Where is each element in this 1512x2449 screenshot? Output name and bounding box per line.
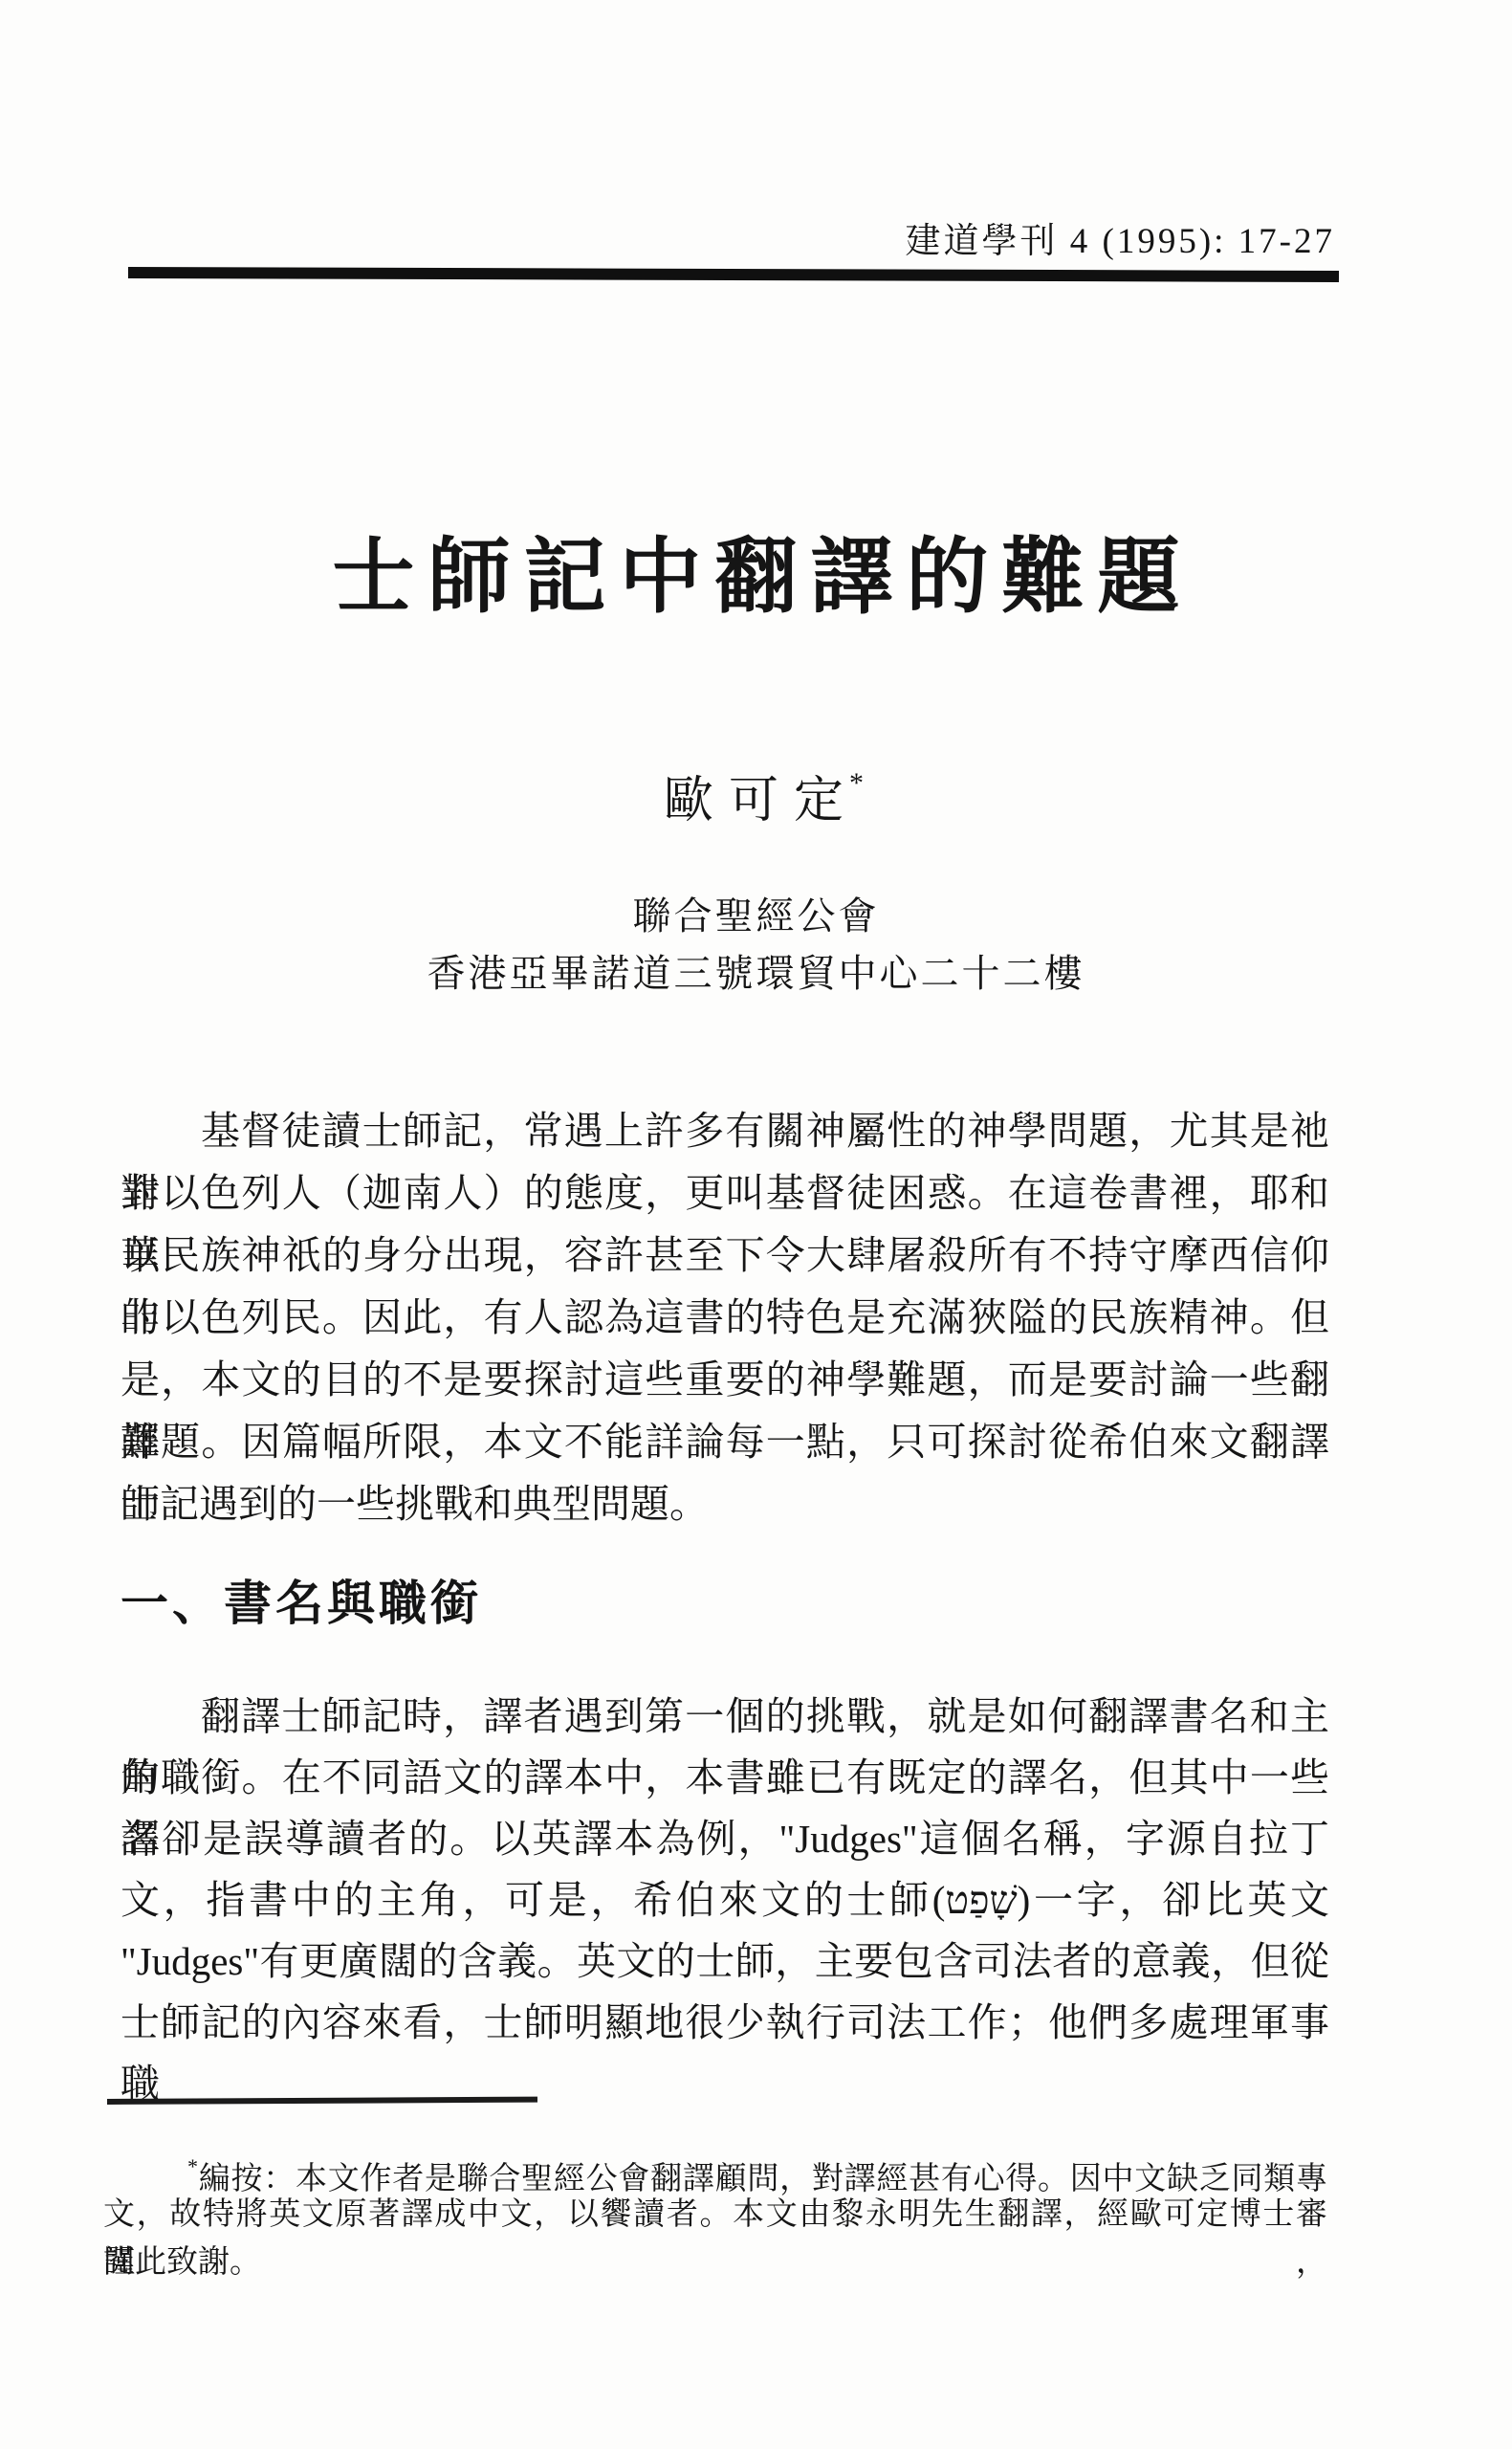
body-line: 文，指書中的主角，可是，希伯來文的士師(שָׁפַט)一字，卻比英文 (121, 1869, 1329, 1931)
abstract-line: 基督徒讀士師記，常遇上許多有關神屬性的神學問題，尤其是祂對 (121, 1100, 1329, 1162)
abstract-line: 非以色列民。因此，有人認為這書的特色是充滿狹隘的民族精神。但 (121, 1287, 1329, 1349)
footnote-rule (107, 2097, 537, 2105)
section-heading: 一、書名與職銜 (121, 1574, 482, 1633)
body-line: 翻譯士師記時，譯者遇到第一個的挑戰，就是如何翻譯書名和主角 (121, 1686, 1329, 1747)
author-footnote-mark: * (849, 767, 864, 799)
footnote-line: *編按：本文作者是聯合聖經公會翻譯顧問，對譯經甚有心得。因中文缺乏同類專 (103, 2143, 1327, 2191)
affiliation-line-1: 聯合聖經公會 (0, 888, 1512, 945)
affiliation-line-2: 香港亞畢諾道三號環貿中心二十二樓 (0, 945, 1512, 1003)
section-paragraph: 翻譯士師記時，譯者遇到第一個的挑戰，就是如何翻譯書名和主角 的職銜。在不同語文的… (121, 1686, 1329, 2053)
author-line: 歐可定* (0, 748, 1512, 837)
body-line: 名卻是誤導讀者的。以英譯本為例，"Judges"這個名稱，字源自拉丁 (121, 1808, 1329, 1869)
header-rule (128, 267, 1339, 282)
footnote-marker: * (187, 2154, 198, 2178)
body-line: "Judges"有更廣闊的含義。英文的士師，主要包含司法者的意義，但從 (121, 1931, 1329, 1992)
footnote-line: 文，故特將英文原著譯成中文，以饗讀者。本文由黎永明先生翻譯，經歐可定博士審閱， (103, 2191, 1327, 2239)
article-title: 士師記中翻譯的難題 (0, 524, 1512, 629)
body-line: 的職銜。在不同語文的譯本中，本書雖已有既定的譯名，但其中一些譯 (121, 1747, 1329, 1808)
abstract-line: 非以色列人（迦南人）的態度，更叫基督徒困惑。在這卷書裡，耶和華 (121, 1162, 1329, 1224)
journal-header: 建道學刊 4 (1995): 17-27 (906, 218, 1336, 266)
footnote-block: *編按：本文作者是聯合聖經公會翻譯顧問，對譯經甚有心得。因中文缺乏同類專 文，故… (103, 2143, 1327, 2286)
abstract-line: 難題。因篇幅所限，本文不能詳論每一點，只可探討從希伯來文翻譯士 (121, 1411, 1329, 1473)
abstract-line: 以民族神祇的身分出現，容許甚至下令大肆屠殺所有不持守摩西信仰的 (121, 1224, 1329, 1287)
affiliation-block: 聯合聖經公會 香港亞畢諾道三號環貿中心二十二樓 (0, 888, 1512, 1003)
journal-page: 建道學刊 4 (1995): 17-27 士師記中翻譯的難題 歐可定* 聯合聖經… (0, 0, 1512, 2449)
body-line: 士師記的內容來看，士師明顯地很少執行司法工作；他們多處理軍事職 (121, 1992, 1329, 2053)
abstract-line: 是，本文的目的不是要探討這些重要的神學難題，而是要討論一些翻譯 (121, 1349, 1329, 1411)
abstract-paragraph: 基督徒讀士師記，常遇上許多有關神屬性的神學問題，尤其是祂對 非以色列人（迦南人）… (121, 1100, 1329, 1535)
abstract-line: 師記遇到的一些挑戰和典型問題。 (121, 1473, 1329, 1535)
author-name: 歐可定 (664, 774, 859, 828)
